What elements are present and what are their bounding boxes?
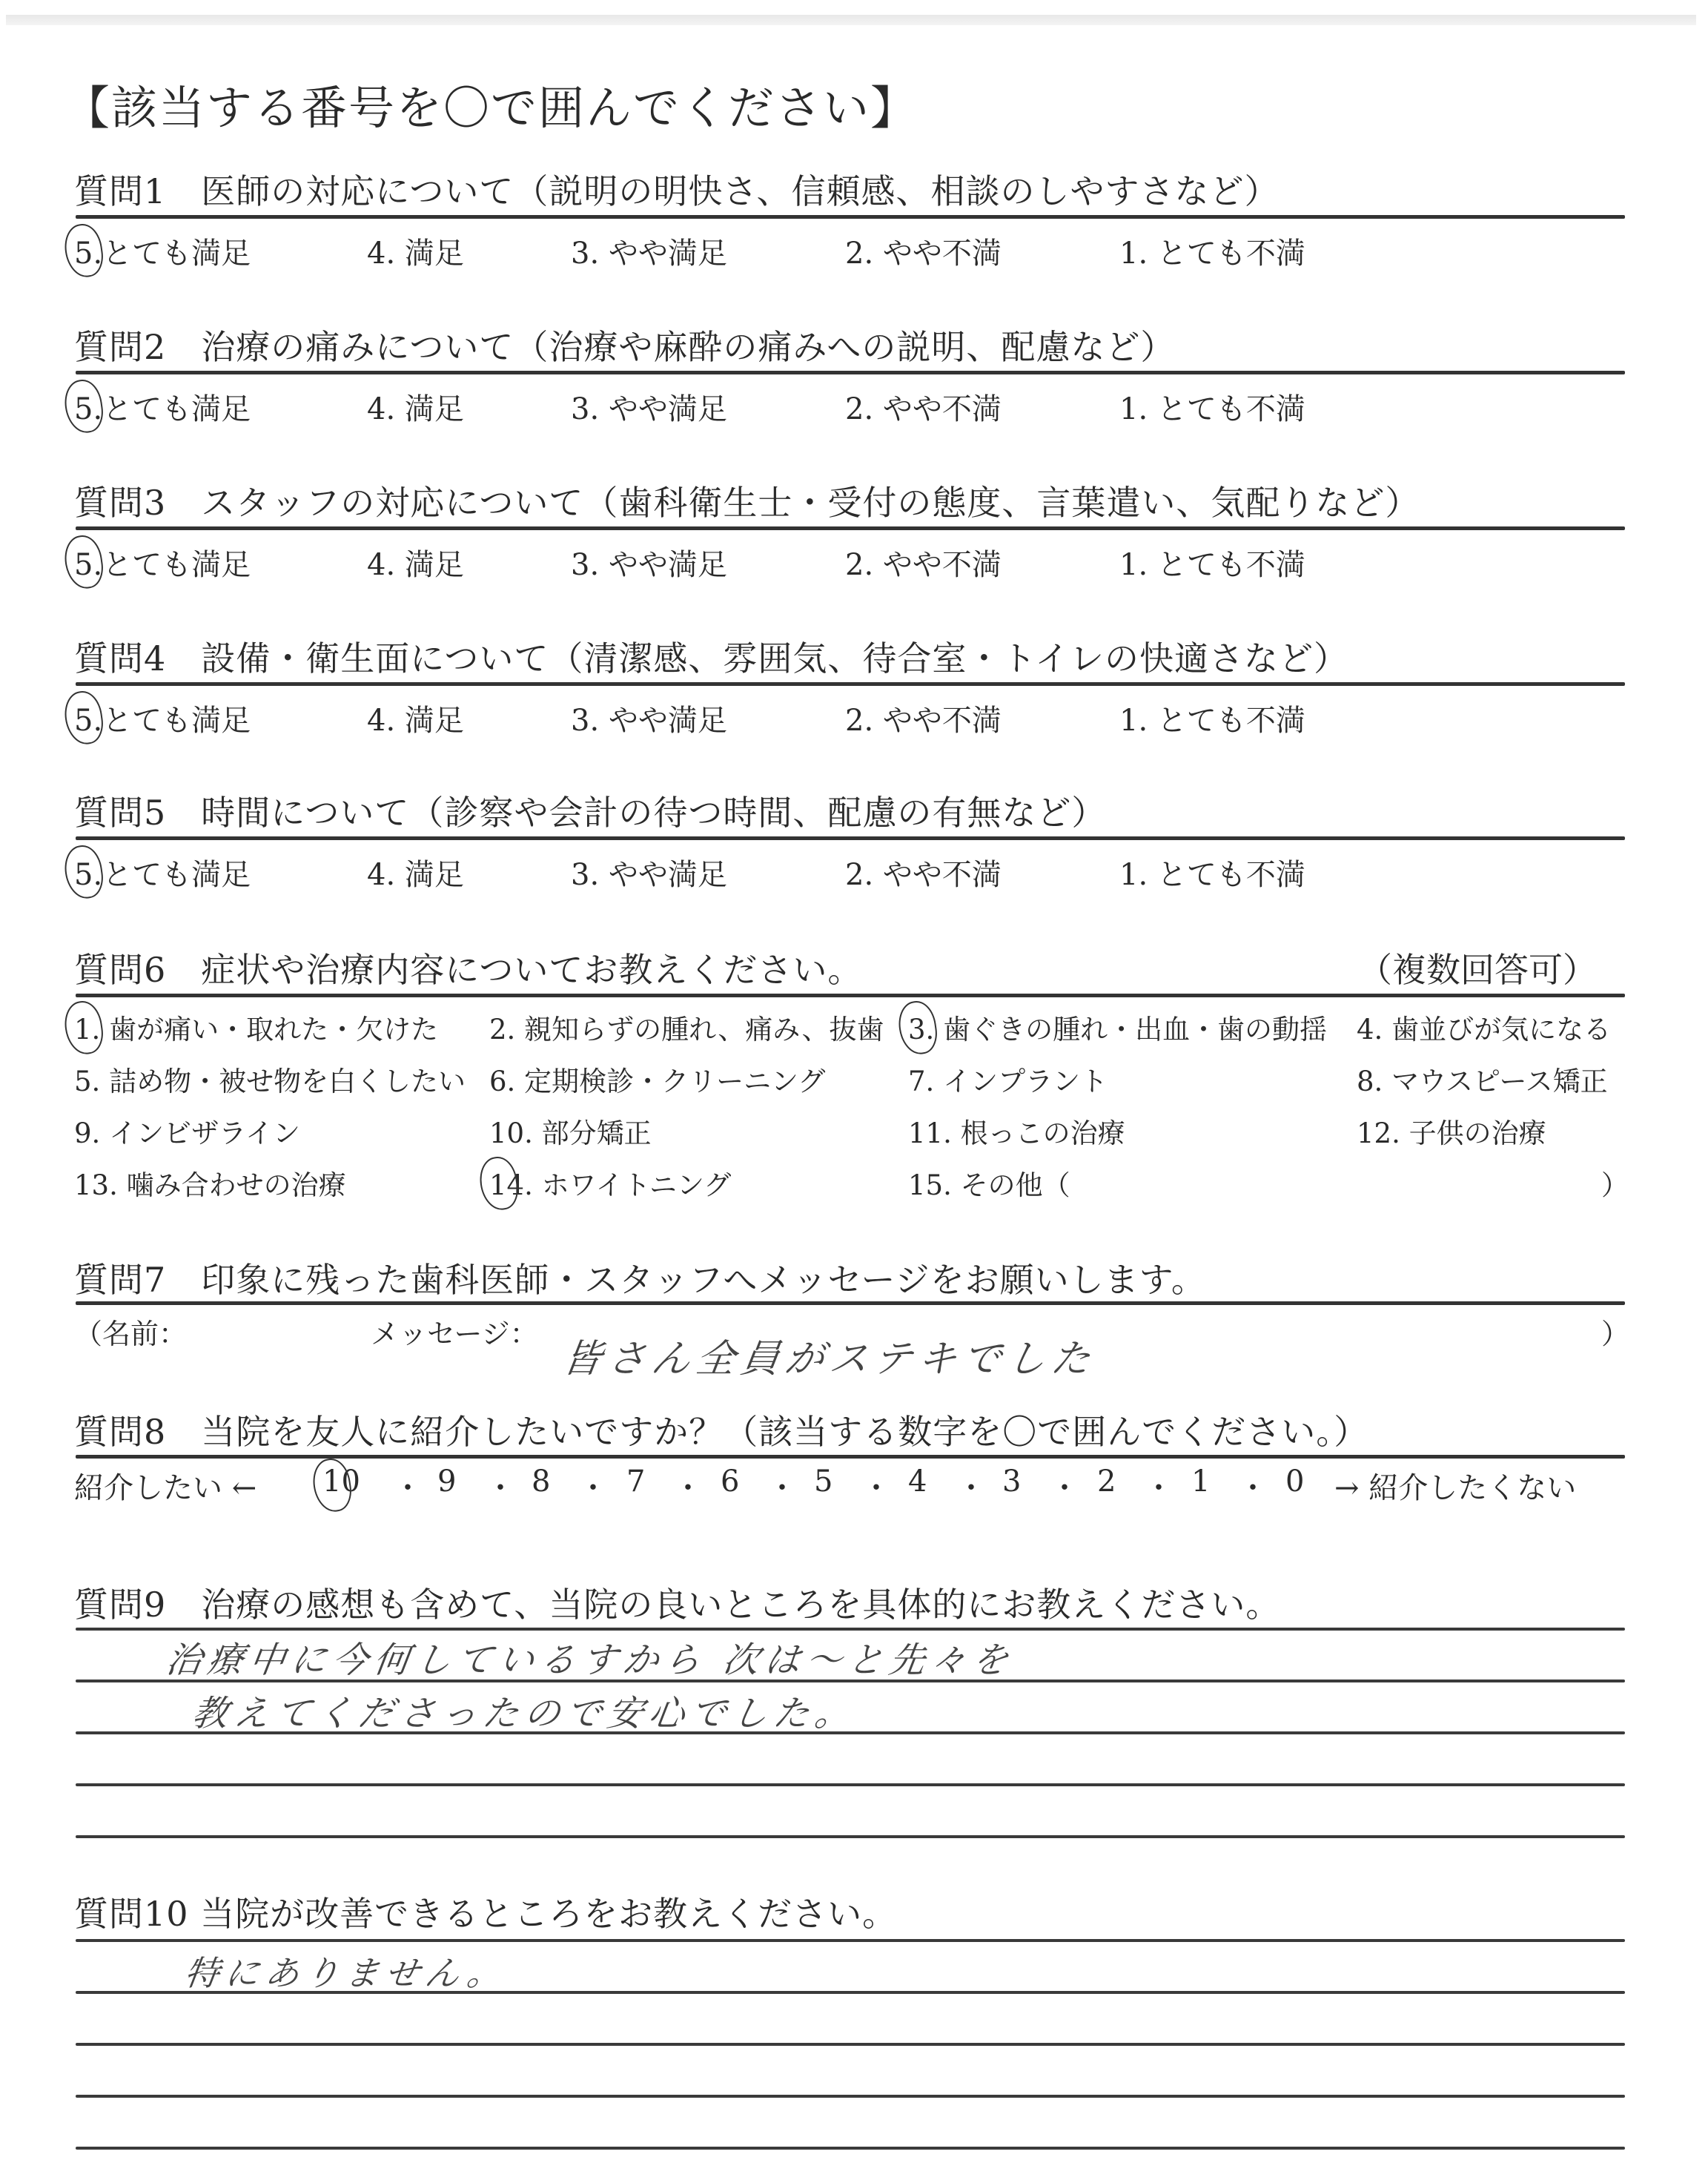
option-3[interactable]: 3. やや満足 bbox=[571, 230, 727, 272]
scale-6[interactable]: 6 bbox=[721, 1464, 739, 1499]
symptom-9[interactable]: 9. インビザライン bbox=[74, 1111, 300, 1151]
option-5-selected[interactable]: 5.とても満足 bbox=[74, 386, 251, 428]
option-3[interactable]: 3. やや満足 bbox=[571, 697, 727, 739]
q9-answer-line-2[interactable]: 教えてくださったので安心でした。 bbox=[189, 1685, 861, 1736]
option-1[interactable]: 1. とても不満 bbox=[1119, 386, 1305, 428]
divider bbox=[76, 526, 1625, 530]
symptom-3-selected[interactable]: 3. 歯ぐきの腫れ・出血・歯の動揺 bbox=[908, 1007, 1327, 1047]
symptom-7[interactable]: 7. インプラント bbox=[908, 1059, 1108, 1099]
symptom-8[interactable]: 8. マウスピース矯正 bbox=[1357, 1059, 1608, 1099]
option-5-selected[interactable]: 5.とても満足 bbox=[74, 851, 251, 894]
option-2[interactable]: 2. やや不満 bbox=[845, 697, 1002, 739]
option-1[interactable]: 1. とても不満 bbox=[1119, 541, 1305, 584]
divider bbox=[76, 994, 1625, 997]
question-1-options: 5.とても満足 4. 満足 3. やや満足 2. やや不満 1. とても不満 bbox=[74, 230, 251, 274]
answer-line bbox=[76, 1939, 1625, 1942]
scale-10-selected[interactable]: 10 bbox=[322, 1464, 360, 1499]
option-2[interactable]: 2. やや不満 bbox=[845, 851, 1002, 894]
symptom-6[interactable]: 6. 定期検診・クリーニング bbox=[489, 1059, 825, 1099]
scale-9[interactable]: 9 bbox=[437, 1464, 456, 1499]
option-4[interactable]: 4. 満足 bbox=[367, 697, 464, 739]
page-title: 【該当する番号を〇で囲んでください】 bbox=[64, 71, 918, 137]
q10-answer-line-1[interactable]: 特にありません。 bbox=[182, 1946, 511, 1995]
symptom-10[interactable]: 10. 部分矯正 bbox=[489, 1111, 652, 1151]
option-3[interactable]: 3. やや満足 bbox=[571, 851, 727, 894]
q9-answer-line-1[interactable]: 治療中に今何しているすから 次は〜と先々を bbox=[163, 1631, 1018, 1682]
message-close-paren: ） bbox=[1601, 1311, 1629, 1352]
scale-5[interactable]: 5 bbox=[814, 1464, 833, 1499]
answer-line bbox=[76, 2147, 1625, 2150]
scale-3[interactable]: 3 bbox=[1002, 1464, 1021, 1499]
option-3[interactable]: 3. やや満足 bbox=[571, 386, 727, 428]
scan-top-edge bbox=[6, 15, 1696, 25]
question-4-title: 質問4 設備・衛生面について（清潔感、雰囲気、待合室・トイレの快適さなど） bbox=[74, 632, 1348, 681]
question-3-title: 質問3 スタッフの対応について（歯科衛生士・受付の態度、言葉遣い、気配りなど） bbox=[74, 476, 1420, 525]
option-2[interactable]: 2. やや不満 bbox=[845, 386, 1002, 428]
symptom-4[interactable]: 4. 歯並びが気になる bbox=[1357, 1007, 1611, 1047]
option-1[interactable]: 1. とても不満 bbox=[1119, 851, 1305, 894]
divider bbox=[76, 371, 1625, 374]
symptom-13[interactable]: 13. 噛み合わせの治療 bbox=[74, 1163, 346, 1203]
question-9-title: 質問9 治療の感想も含めて、当院の良いところを具体的にお教えください。 bbox=[74, 1578, 1280, 1627]
answer-line bbox=[76, 1783, 1625, 1786]
divider bbox=[76, 836, 1625, 840]
question-10-title: 質問10 当院が改善できるところをお教えください。 bbox=[74, 1887, 897, 1936]
divider bbox=[76, 215, 1625, 219]
message-handwritten[interactable]: 皆さん全員がステキでした bbox=[560, 1327, 1101, 1383]
scale-7[interactable]: 7 bbox=[626, 1464, 645, 1499]
multiple-answers-note: （複数回答可） bbox=[1358, 943, 1597, 992]
message-label: メッセージ： bbox=[371, 1311, 538, 1352]
symptom-15-other[interactable]: 15. その他（ bbox=[908, 1163, 1070, 1203]
answer-line bbox=[76, 1835, 1625, 1838]
question-5-options: 5.とても満足 4. 満足 3. やや満足 2. やや不満 1. とても不満 bbox=[74, 851, 251, 896]
question-7-title: 質問7 印象に残った歯科医師・スタッフへメッセージをお願いします。 bbox=[74, 1253, 1206, 1302]
question-6-title: 質問6 症状や治療内容についてお教えください。 bbox=[74, 943, 862, 992]
option-4[interactable]: 4. 満足 bbox=[367, 541, 464, 584]
answer-line bbox=[76, 2043, 1625, 2046]
answer-line bbox=[76, 2095, 1625, 2098]
name-label: （名前： bbox=[74, 1311, 187, 1352]
referral-right-label: → 紹介したくない bbox=[1334, 1464, 1576, 1507]
symptom-5[interactable]: 5. 詰め物・被せ物を白くしたい bbox=[74, 1059, 466, 1099]
question-5-title: 質問5 時間について（診察や会計の待つ時間、配慮の有無など） bbox=[74, 786, 1106, 835]
option-2[interactable]: 2. やや不満 bbox=[845, 230, 1002, 272]
referral-left-label: 紹介したい ← bbox=[74, 1464, 256, 1507]
option-5-selected[interactable]: 5.とても満足 bbox=[74, 541, 251, 584]
divider bbox=[76, 1455, 1625, 1459]
option-5-selected[interactable]: 5.とても満足 bbox=[74, 697, 251, 739]
scale-4[interactable]: 4 bbox=[908, 1464, 927, 1499]
question-2-title: 質問2 治療の痛みについて（治療や麻酔の痛みへの説明、配慮など） bbox=[74, 320, 1175, 369]
question-1-title: 質問1 医師の対応について（説明の明快さ、信頼感、相談のしやすさなど） bbox=[74, 165, 1280, 214]
option-1[interactable]: 1. とても不満 bbox=[1119, 230, 1305, 272]
scale-2[interactable]: 2 bbox=[1097, 1464, 1116, 1499]
symptom-2[interactable]: 2. 親知らずの腫れ、痛み、抜歯 bbox=[489, 1007, 884, 1047]
symptom-11[interactable]: 11. 根っこの治療 bbox=[908, 1111, 1125, 1151]
other-close-paren: ） bbox=[1601, 1163, 1629, 1203]
scale-0[interactable]: 0 bbox=[1285, 1464, 1304, 1499]
option-2[interactable]: 2. やや不満 bbox=[845, 541, 1002, 584]
question-8-title: 質問8 当院を友人に紹介したいですか？（該当する数字を〇で囲んでください。） bbox=[74, 1405, 1368, 1454]
symptom-1-selected[interactable]: 1. 歯が痛い・取れた・欠けた bbox=[74, 1007, 438, 1047]
question-2-options: 5.とても満足 4. 満足 3. やや満足 2. やや不満 1. とても不満 bbox=[74, 386, 251, 430]
symptom-12[interactable]: 12. 子供の治療 bbox=[1357, 1111, 1546, 1151]
question-4-options: 5.とても満足 4. 満足 3. やや満足 2. やや不満 1. とても不満 bbox=[74, 697, 251, 742]
scale-8[interactable]: 8 bbox=[532, 1464, 550, 1499]
option-4[interactable]: 4. 満足 bbox=[367, 386, 464, 428]
scale-1[interactable]: 1 bbox=[1191, 1464, 1210, 1499]
symptom-14-selected[interactable]: 14. ホワイトニング bbox=[489, 1163, 731, 1203]
question-3-options: 5.とても満足 4. 満足 3. やや満足 2. やや不満 1. とても不満 bbox=[74, 541, 251, 586]
answer-line bbox=[76, 1628, 1625, 1631]
divider bbox=[76, 682, 1625, 686]
option-4[interactable]: 4. 満足 bbox=[367, 230, 464, 272]
option-5-selected[interactable]: 5.とても満足 bbox=[74, 230, 251, 272]
divider bbox=[76, 1301, 1625, 1305]
option-4[interactable]: 4. 満足 bbox=[367, 851, 464, 894]
option-1[interactable]: 1. とても不満 bbox=[1119, 697, 1305, 739]
option-3[interactable]: 3. やや満足 bbox=[571, 541, 727, 584]
